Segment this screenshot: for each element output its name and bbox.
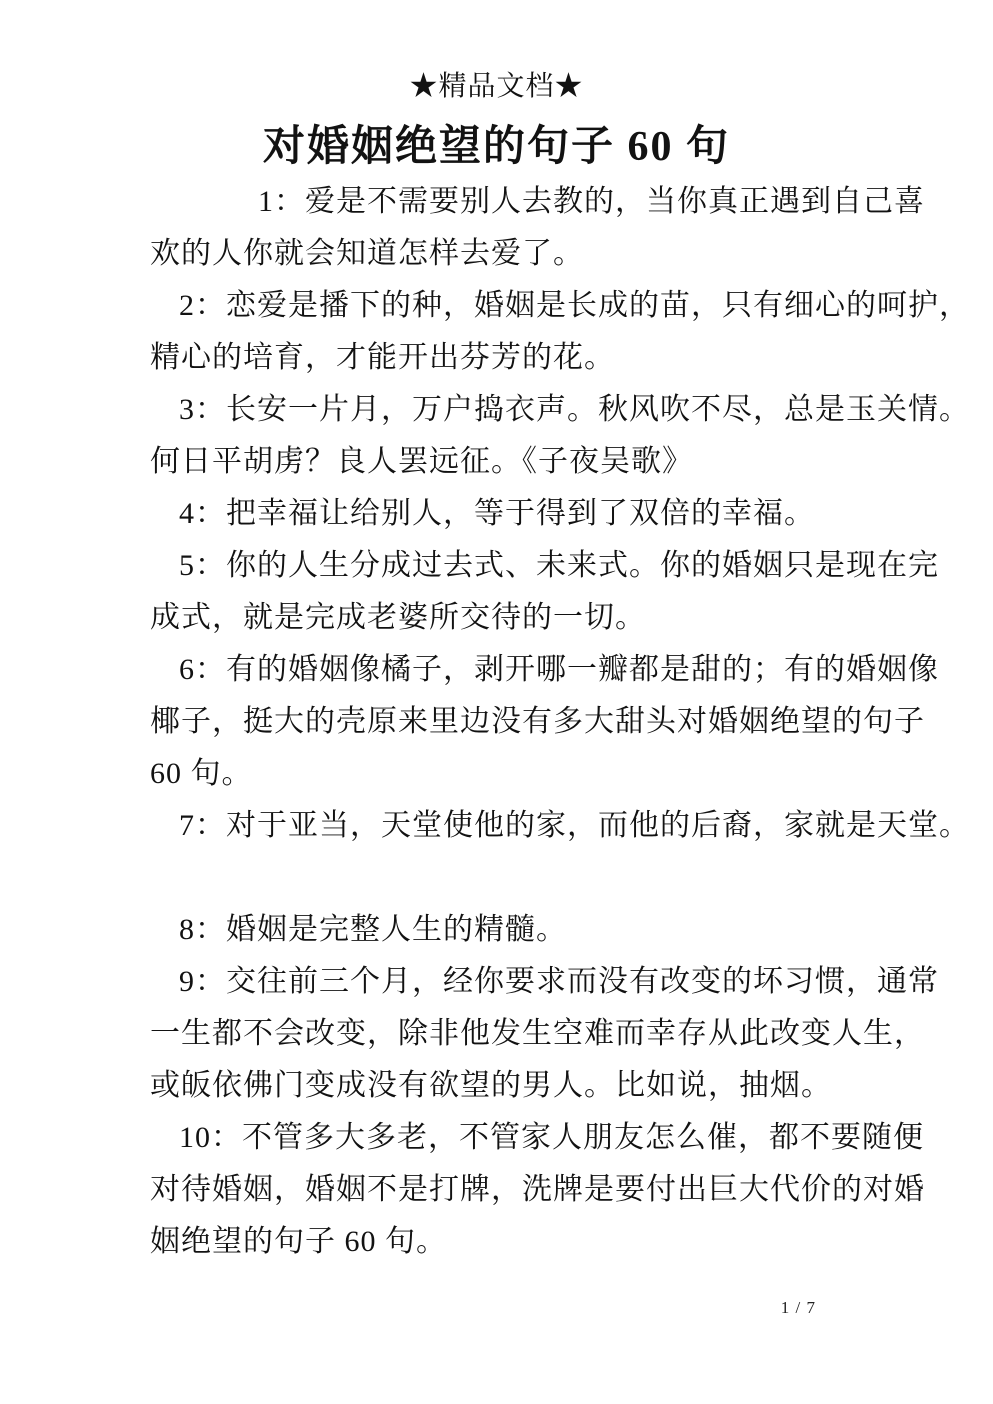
paragraph: 10：不管多大多老，不管家人朋友怎么催，都不要随便对待婚姻，婚姻不是打牌，洗牌是… xyxy=(150,1112,860,1268)
text-line: 1：爱是不需要别人去教的，当你真正遇到自己喜 xyxy=(150,176,860,228)
page-number: 1 / 7 xyxy=(0,1297,816,1319)
document-page: ★精品文档★ 对婚姻绝望的句子 60 句 1：爱是不需要别人去教的，当你真正遇到… xyxy=(0,0,993,1404)
paragraph: 8：婚姻是完整人生的精髓。 xyxy=(150,904,860,956)
paragraph: 1：爱是不需要别人去教的，当你真正遇到自己喜欢的人你就会知道怎样去爱了。 xyxy=(150,176,860,280)
paragraph: 7：对于亚当，天堂使他的家，而他的后裔，家就是天堂。 xyxy=(150,800,860,852)
document-body: 1：爱是不需要别人去教的，当你真正遇到自己喜欢的人你就会知道怎样去爱了。2：恋爱… xyxy=(150,176,860,1268)
paragraph: 6：有的婚姻像橘子，剥开哪一瓣都是甜的；有的婚姻像椰子，挺大的壳原来里边没有多大… xyxy=(150,644,860,800)
text-line: 9：交往前三个月，经你要求而没有改变的坏习惯，通常 xyxy=(150,956,860,1008)
page-title: 对婚姻绝望的句子 60 句 xyxy=(0,121,993,173)
text-line: 10：不管多大多老，不管家人朋友怎么催，都不要随便 xyxy=(150,1112,860,1164)
text-line: 椰子，挺大的壳原来里边没有多大甜头对婚姻绝望的句子 xyxy=(150,696,860,748)
paragraph: 3：长安一片月，万户捣衣声。秋风吹不尽，总是玉关情。何日平胡虏？良人罢远征。《子… xyxy=(150,384,860,488)
paragraph: 2：恋爱是播下的种，婚姻是长成的苗，只有细心的呵护，精心的培育，才能开出芬芳的花… xyxy=(150,280,860,384)
text-line: 7：对于亚当，天堂使他的家，而他的后裔，家就是天堂。 xyxy=(150,800,860,852)
text-line: 对待婚姻，婚姻不是打牌，洗牌是要付出巨大代价的对婚 xyxy=(150,1164,860,1216)
text-line: 精心的培育，才能开出芬芳的花。 xyxy=(150,332,860,384)
text-line: 8：婚姻是完整人生的精髓。 xyxy=(150,904,860,956)
paragraph: 5：你的人生分成过去式、未来式。你的婚姻只是现在完成式，就是完成老婆所交待的一切… xyxy=(150,540,860,644)
text-line xyxy=(150,852,860,904)
text-line: 何日平胡虏？良人罢远征。《子夜吴歌》 xyxy=(150,436,860,488)
text-line: 4：把幸福让给别人，等于得到了双倍的幸福。 xyxy=(150,488,860,540)
text-line: 60 句。 xyxy=(150,748,860,800)
paragraph: 4：把幸福让给别人，等于得到了双倍的幸福。 xyxy=(150,488,860,540)
paragraph: 9：交往前三个月，经你要求而没有改变的坏习惯，通常一生都不会改变，除非他发生空难… xyxy=(150,956,860,1112)
text-line: 6：有的婚姻像橘子，剥开哪一瓣都是甜的；有的婚姻像 xyxy=(150,644,860,696)
text-line: 3：长安一片月，万户捣衣声。秋风吹不尽，总是玉关情。 xyxy=(150,384,860,436)
premium-doc-header: ★精品文档★ xyxy=(0,70,993,104)
empty-line xyxy=(150,852,860,904)
text-line: 或皈依佛门变成没有欲望的男人。比如说，抽烟。 xyxy=(150,1060,860,1112)
text-line: 成式，就是完成老婆所交待的一切。 xyxy=(150,592,860,644)
text-line: 欢的人你就会知道怎样去爱了。 xyxy=(150,228,860,280)
text-line: 2：恋爱是播下的种，婚姻是长成的苗，只有细心的呵护， xyxy=(150,280,860,332)
text-line: 姻绝望的句子 60 句。 xyxy=(150,1216,860,1268)
text-line: 一生都不会改变，除非他发生空难而幸存从此改变人生， xyxy=(150,1008,860,1060)
text-line: 5：你的人生分成过去式、未来式。你的婚姻只是现在完 xyxy=(150,540,860,592)
